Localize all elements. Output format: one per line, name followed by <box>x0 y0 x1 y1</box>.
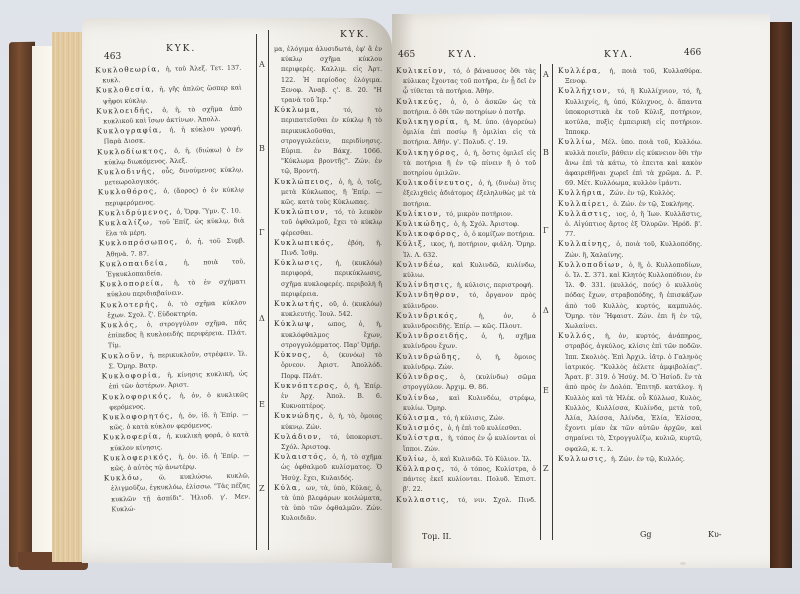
definition-text: μα, ἐλόγιμα ἀλυσιδωτά, ἐφ' ἃ ἐν κύκλῳ σχ… <box>274 45 382 104</box>
headword: Κυλλήχιον, <box>558 86 617 95</box>
headword: Κύκλωψ, <box>274 319 328 328</box>
section-letter: Β <box>543 148 549 157</box>
left-page: 463 ΚΥΚ. ΚΥΚ. Κυκλοθεωρία, ἡ, τοῦ Ἀλεξ. … <box>82 18 392 563</box>
dictionary-entry: μα, ἐλόγιμα ἀλυσιδωτά, ἐφ' ἃ ἐν κύκλῳ σχ… <box>274 44 382 105</box>
definition-text: ὁ, ἢ, ὁ. Κυλλοποδίων, ὁ. Ἰλ. Σ. 371. καὶ… <box>565 261 702 330</box>
section-letter: Δ <box>543 306 549 315</box>
page-number: 465 <box>398 50 415 60</box>
page-stack-edge-left <box>52 32 86 562</box>
running-head: ΚΥΚ. <box>166 44 196 54</box>
headword: Κυκλοπαιδεία, <box>99 258 184 269</box>
endpaper-edge-left <box>32 46 54 552</box>
dictionary-entry: Κυκλωπικός, ἐβόη, ἡ. Πινδ. Ἰσθμ. <box>274 238 382 258</box>
headword: Κυλαιστός, <box>274 452 332 461</box>
page-number: 463 <box>104 52 121 62</box>
dictionary-entry: Κυλλαστις, τό, νιν. Σχολ. Πινδ. Ἰσθμ. β'… <box>396 495 536 506</box>
dictionary-entry: Κυλλοποδίων, ὁ, ἢ, ὁ. Κυλλοποδίων, ὁ. Ἰλ… <box>558 260 702 331</box>
dictionary-entry: Κυκλωτής, οῦ, ὁ. (κυκλόω) κυκλευτής. Ἰου… <box>274 299 382 319</box>
headword: Κυκλαλίζω, <box>98 217 158 227</box>
dictionary-entry: Κυλλήρια, Ζών. ἐν τῷ, Κυλλὸς. <box>558 188 702 198</box>
headword: Κυλίνδω, <box>396 393 449 402</box>
dictionary-entry: Κυλινδρικός, ἡ, ὁν, ὁ κυλινδροειδής. Ἐπί… <box>396 311 536 331</box>
dictionary-entry: Κύλλαρος, τό, ὁ τόπος, Κυλίστρα, ὁ πάντε… <box>396 464 536 495</box>
headword: Κυκλοφερικός, <box>103 452 178 463</box>
headword: Κυλίνδησις, <box>396 280 457 289</box>
dictionary-entry: Κυλινδροειδής, ὁ, ἡ, σχῆμα κυλίνδρου ἔχω… <box>396 331 536 351</box>
right-page: 465 ΚΥΛ. ΚΥΛ. 466 Κυλικεῖον, τό, ὁ βάναυ… <box>392 14 770 568</box>
headword: Κυλλήρια, <box>558 188 610 197</box>
headword: Κυλικοδίνευτος, <box>396 178 478 187</box>
headword: Κύλιξ, <box>396 239 431 248</box>
headword: Κυκνώδης, <box>274 411 329 420</box>
text-column-right-1: Κυλικεῖον, τό, ὁ βάναυσος ὅθι τὰς κύλικα… <box>396 66 536 506</box>
dictionary-entry: Κυκλώπιον, τό, τὸ λευκὸν τοῦ ὀφθαλμοῦ, ἔ… <box>274 207 382 238</box>
dictionary-entry: Κύκλωψ, ωπος, ὁ, ἡ, κυκλόφθαλμος ἔχων, σ… <box>274 319 382 350</box>
headword: Κυκλιδρύμενος, <box>98 207 176 218</box>
headword: Κύκλωμα, <box>274 105 343 114</box>
headword: Κυλλαίνης, <box>558 239 616 248</box>
dictionary-entry: Κυλλαίνης, ὁ, ποιὰ τοῦ, Κυλλοπόδης. Ζών.… <box>558 239 702 259</box>
dictionary-entry: Κυλλέρα, ἡ, ποιὰ τοῦ, Κυλλαθύρα. Ξενοφ. <box>558 66 702 86</box>
dictionary-entry: Κύκνος, ὁ, (κυνόω) τὸ ὄρνεον. Ἀριστ. Ἀπο… <box>274 350 382 381</box>
headword: Κυλινδέω, <box>396 260 452 269</box>
running-head: ΚΥΚ. <box>340 30 370 40</box>
definition-text: ὁ. Ζών. ἐν τῷ, Συκλήνης. <box>613 200 694 208</box>
headword: Κυλάδιον, <box>274 432 330 441</box>
dictionary-entry: Κυλαιστός, ὁ, ἡ, τὸ σχῆμα ὡς ὀφθαλμοῦ κυ… <box>274 452 382 483</box>
headword: Κυκλοθεωρία, <box>95 64 166 74</box>
dictionary-entry: Κυλλός, ἡ, ὁν, κυρτός, ἀνάπηρος, στραβός… <box>558 331 702 453</box>
page-number: 466 <box>684 48 701 58</box>
section-letter: Ε <box>543 386 549 395</box>
dictionary-entry: Κυλικώδης, ὁ, ἡ. Σχόλ. Ἀριστοφ. <box>396 219 536 229</box>
headword: Κυκλωτής, <box>274 299 329 308</box>
headword: Κυκλοδινής, <box>97 166 161 176</box>
text-column-right-2: Κυλλέρα, ἡ, ποιὰ τοῦ, Κυλλαθύρα. Ξενοφ.Κ… <box>558 66 702 536</box>
headword: Κυκλώπιον, <box>274 207 335 216</box>
dictionary-entry: Κυλάδιον, τό, ὑποκοριστ. Σχόλ. Ἀριστοφ. <box>274 432 382 452</box>
section-letter: Γ <box>259 228 265 237</box>
section-letter: Ζ <box>543 464 549 473</box>
headword: Κυκλόω, <box>104 472 159 482</box>
dictionary-entry: Κυλικοφόρος, ὁ, ὁ κομίζων ποτήρια. <box>396 229 536 239</box>
dictionary-entry: Κυλικηγορία, ἡ, Μ. ὑπο. (ἀγορεύω) ὁμιλία… <box>396 117 536 148</box>
dictionary-entry: Κυλινδηθρον, τό, ὄργανον πρὸς κύλινδρον. <box>396 290 536 310</box>
headword: Κυκλοπρόσωπος, <box>99 237 186 248</box>
headword: Κυκλοδίωκτος, <box>97 146 174 157</box>
dictionary-entry: Κυλλήχιον, τό, ἢ Κυλλίχνιον, τό, ἢ, Κυλλ… <box>558 86 702 137</box>
dictionary-entry: Κύλινδρος, ὁ, (κυλίνδω) σῶμα στρογγύλον.… <box>396 372 536 392</box>
running-head: ΚΥΛ. <box>448 50 478 60</box>
dictionary-entry: Κυκλόω, ῶ, κυκλώσω, κυκλῶ, ἐλιγμοῦζω, ἐγ… <box>104 471 251 515</box>
definition-text: τό, ἡ κύλισις, Ζών. <box>443 414 505 422</box>
dictionary-entry: Κυκνώδης, ὁ, ἡ, τὸ, ὅμοιος κύκνῳ. Ζών. <box>274 411 382 431</box>
headword: Κυκλοῦν, <box>101 350 149 360</box>
leather-binding-right <box>768 22 792 568</box>
paper-stain <box>680 562 686 565</box>
column-rule <box>540 64 541 540</box>
dictionary-entry: Κυλίνδησις, ἡ, κύλισις, περιστροφή. <box>396 280 536 290</box>
signature-mark: Gg <box>640 530 652 539</box>
headword: Κυκλός, <box>100 320 146 330</box>
running-head: ΚΥΛ. <box>604 50 634 60</box>
section-letter: Ε <box>259 400 265 409</box>
headword: Κυλίω, <box>396 454 432 463</box>
dictionary-entry: Κυλικεῖον, τό, ὁ βάναυσος ὅθι τὰς κύλικα… <box>396 66 536 97</box>
headword: Κύλλαρος, <box>396 464 450 473</box>
headword: Κυκλοφορητός, <box>102 411 178 422</box>
headword: Κυκλοτερής, <box>100 299 168 309</box>
section-letter: Ζ <box>259 484 265 493</box>
headword: Κυκλοπορεία, <box>100 278 174 289</box>
catchword: Κυ- <box>708 530 722 539</box>
definition-text: ἡ, κύλισις, περιστροφή. <box>457 281 533 289</box>
headword: Κυκλογραφία, <box>96 125 169 136</box>
dictionary-entry: Κυλικεύς, ὁ, ὁ, ὁ ἀσκῶν ὡς τὰ ποτήρια. ὁ… <box>396 97 536 117</box>
definition-text: Ζών. ἐν τῷ, Κυλλὸς. <box>610 189 676 197</box>
definition-text: ὁ, Ὄρφ. Ὕμν. ζ'. 10. <box>176 206 241 215</box>
book-photo-scene: 463 ΚΥΚ. ΚΥΚ. Κυκλοθεωρία, ἡ, τοῦ Ἀλεξ. … <box>0 0 800 594</box>
headword: Κυλλέρα, <box>558 66 610 75</box>
column-rule <box>256 34 257 550</box>
definition-text: ὁ, ἡ. Σχόλ. Ἀριστοφ. <box>454 220 519 228</box>
headword: Κυλινδρικός, <box>396 311 479 320</box>
definition-text: ὁ, καὶ Κυλινδῶ. Τὸ Κύλιον. Ἰλ. <box>432 455 532 463</box>
headword: Κύλινδρος, <box>396 372 460 381</box>
headword: Κυλικηγόρος, <box>396 148 464 157</box>
headword: Κυκλοθεσία, <box>96 85 160 95</box>
dictionary-entry: Κύκλωμα, τό, τὸ περιπατεῖσθαι ἐν κύκλῳ ἢ… <box>274 105 382 176</box>
dictionary-entry: Κυλλωσις, ἡ. Ζών. ἐν τῷ, Κυλλός. <box>558 454 702 464</box>
dictionary-entry: Κύλα, ων, τὰ, ὑπὸ, Κύλας, ὁ, τὰ ὑπὸ βλεφ… <box>274 483 382 522</box>
dictionary-entry: Κύλισμα, τό, ἡ κύλισις, Ζών. <box>396 413 536 423</box>
headword: Κυκλοειδής, <box>96 105 162 115</box>
headword: Κυλλοποδίων, <box>558 260 629 269</box>
dictionary-entry: Κυλινδέω, καὶ Κυλινδῶ, κυλίνδω, κύλιω. <box>396 260 536 280</box>
headword: Κυλλίω, <box>558 137 601 146</box>
dictionary-entry: Κυκλός, ὁ, στρογγύλον σχῆμα, πᾶς ἐπίπεδο… <box>100 318 247 352</box>
dictionary-entry: Κυλικηγόρος, ὁ, ἡ, ὅστις ὁμιλεῖ εἰς τὰ π… <box>396 148 536 179</box>
headword: Κυλικηγορία, <box>396 117 464 126</box>
dictionary-entry: Κυλισμός, ὁ, ἡ ἐπὶ τοῦ κυλίεσθαι. <box>396 423 536 433</box>
headword: Κυλλαστις, <box>396 495 458 504</box>
headword: Κυλικοφόρος, <box>396 229 464 238</box>
section-letter: Δ <box>259 314 265 323</box>
dictionary-entry: Κυλλίω, Μέλ. ὑπο. ποιὰ τοῦ, Κυλλόω. κυλλ… <box>558 137 702 188</box>
headword: Κυλλάστις, <box>558 209 616 218</box>
dictionary-entry: Κυλίω, ὁ, καὶ Κυλινδῶ. Τὸ Κύλιον. Ἰλ. <box>396 454 536 464</box>
headword: Κυλικεῖον, <box>396 66 453 75</box>
definition-text: ὁ, ἡ ἐπὶ τοῦ κυλίεσθαι. <box>448 424 522 432</box>
dictionary-entry: Κυλίνδω, καὶ Κυλινδέω, στρέφω, κυλίω. Ὅμ… <box>396 393 536 413</box>
headword: Κύκνος, <box>274 350 323 359</box>
dictionary-entry: Κύκλωσις, ἡ, (κυκλόω) περιφορά, περικύκλ… <box>274 258 382 299</box>
dictionary-entry: Κυλινδρώδης, ὁ, ἡ, ὅμοιος κυλίνδρῳ. Ζών. <box>396 352 536 372</box>
section-letter: Β <box>259 144 265 153</box>
column-rule <box>552 64 553 540</box>
definition-text: τό, μικρὸν ποτήριον. <box>446 210 513 218</box>
headword: Κυλλωσις, <box>558 454 611 463</box>
headword: Κυλικώδης, <box>396 219 454 228</box>
definition-text: τό, τὸ περιπατεῖσθαι ἐν κύκλῳ ἢ τὸ περικ… <box>281 106 382 175</box>
headword: Κυλλαίρει, <box>558 199 613 208</box>
definition-text: ὁ, ὁ κομίζων ποτήρια. <box>464 230 535 238</box>
headword: Κυκλοφορικός, <box>102 390 180 401</box>
section-letter: Α <box>259 60 265 69</box>
headword: Κύκλωσις, <box>274 258 336 267</box>
section-letter: Α <box>543 70 549 79</box>
section-letter: Γ <box>543 226 549 235</box>
dictionary-entry: Κύλιξ, ικος, ἡ, ποτήριον, φιάλη. Ὅμηρ. Ἰ… <box>396 239 536 259</box>
headword: Κυλίστρα, <box>396 433 448 442</box>
dictionary-entry: Κυκνόπτερος, ὁ, ἡ, Ἐπίρ. ἐν Ἀρχ. Ἀπολ. Β… <box>274 381 382 412</box>
headword: Κυλισμός, <box>396 423 448 432</box>
definition-text: ἡ. Ζών. ἐν τῷ, Κυλλός. <box>611 455 685 463</box>
text-column-left-2: μα, ἐλόγιμα ἀλυσιδωτά, ἐφ' ἃ ἐν κύκλῳ σχ… <box>274 44 382 522</box>
headword: Κυλινδηθρον, <box>396 290 469 299</box>
headword: Κυλινδρώδης, <box>396 352 476 361</box>
column-rule <box>268 30 269 550</box>
headword: Κυλίκιον, <box>396 209 446 218</box>
headword: Κυλικεύς, <box>396 97 451 106</box>
text-column-left-1: Κυκλοθεωρία, ἡ, τοῦ Ἀλεξ. Τετ. 137. κυκλ… <box>95 63 251 532</box>
headword: Κυκλώπειος, <box>274 177 339 186</box>
headword: Κυλινδροειδής, <box>396 331 481 340</box>
headword: Κυλλός, <box>558 331 605 340</box>
headword: Κυκλοθόρος, <box>98 187 164 197</box>
headword: Κυκνόπτερος, <box>274 381 344 390</box>
dictionary-entry: Κυλλαίρει, ὁ. Ζών. ἐν τῷ, Συκλήνης. <box>558 199 702 209</box>
headword: Κύλα, <box>274 483 306 492</box>
headword: Κυκλοφερία, <box>103 431 167 441</box>
headword: Κύλισμα, <box>396 413 443 422</box>
headword: Κυκλοφορία, <box>102 370 168 380</box>
definition-text: ἡ, ὁν, κυρτός, ἀνάπηρος, στραβός, ἀγκύλο… <box>565 332 702 452</box>
volume-mark: Τομ. II. <box>422 532 451 541</box>
dictionary-entry: Κυλίκιον, τό, μικρὸν ποτήριον. <box>396 209 536 219</box>
headword: Κυκλωπικός, <box>274 238 348 247</box>
dictionary-entry: Κυκλώπειος, ὁ, ἡ, ὁ, τοῖς, μετὰ Κύκλωπος… <box>274 177 382 208</box>
dictionary-entry: Κυλλάστις, ιος, ὁ, ἢ Ἰων. Κυλλᾶστις, ὁ. … <box>558 209 702 240</box>
dictionary-entry: Κυλικοδίνευτος, ὁ, ἡ, (δινέω) ὅτις ἐξελι… <box>396 178 536 209</box>
dictionary-entry: Κυλίστρα, ἡ, τόπος ἐν ᾧ κυλίονται οἱ ἵππ… <box>396 433 536 453</box>
